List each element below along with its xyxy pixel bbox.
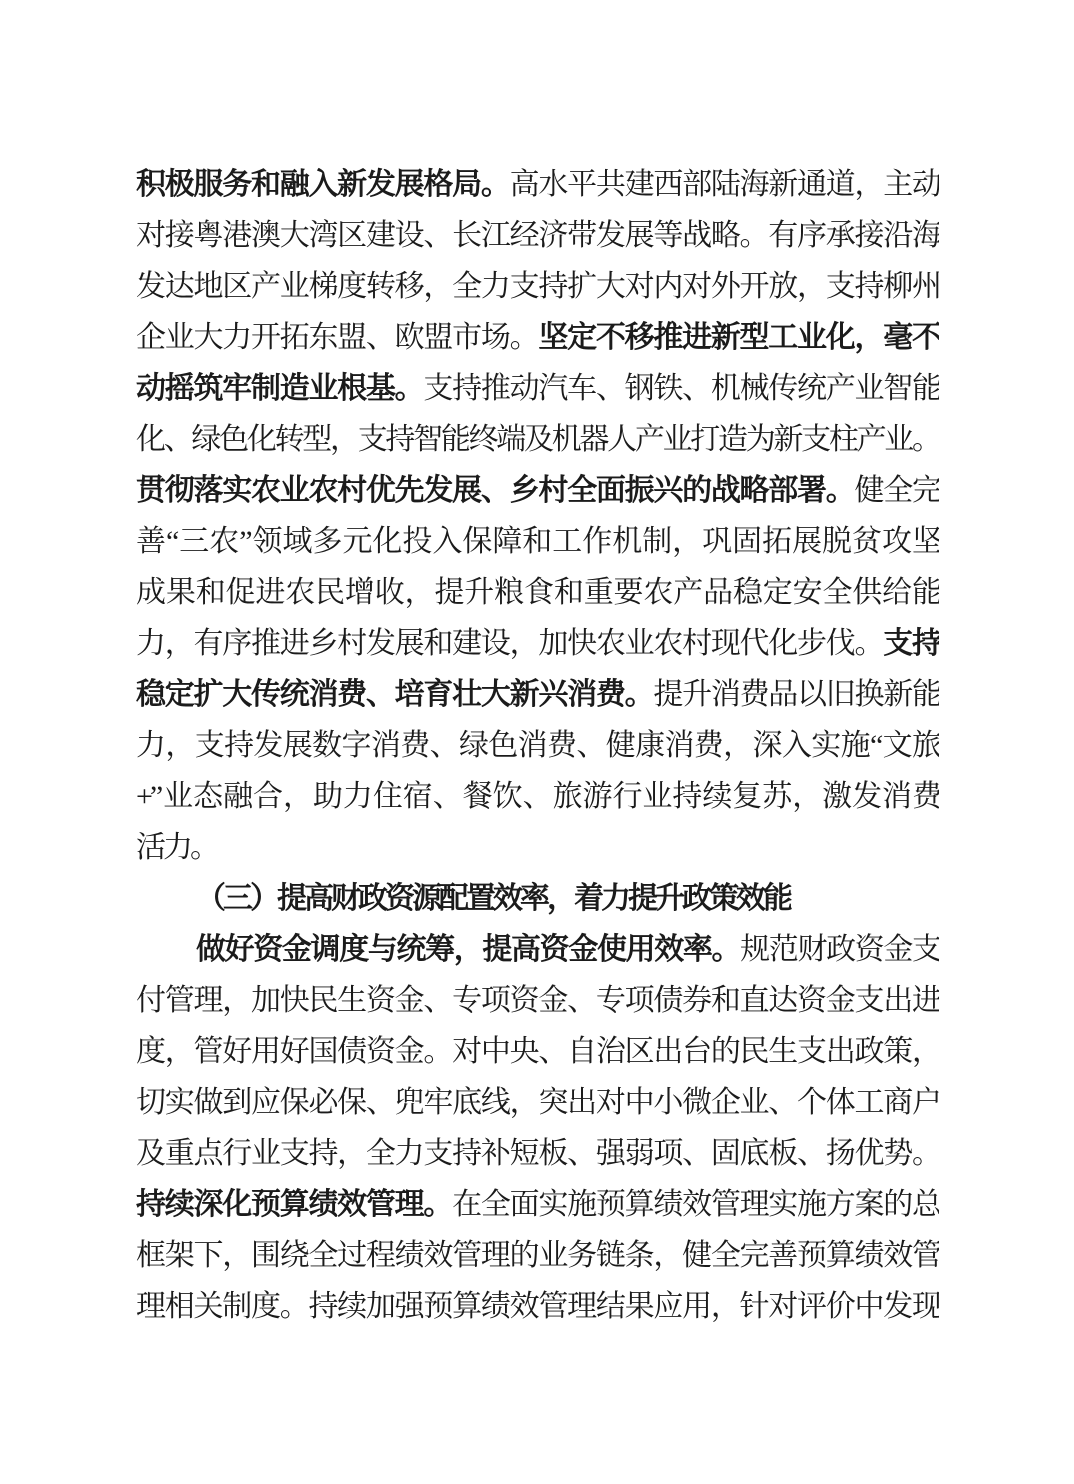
bold-text-run: 坚定不移推进新型工业化，毫不 (538, 321, 939, 354)
text-run: 力，有序推进乡村发展和建设，加快农业农村现代化步伐。 (136, 627, 883, 660)
text-line: 力，有序推进乡村发展和建设，加快农业农村现代化步伐。支持 (136, 618, 939, 669)
text-run: 健全完 (855, 474, 939, 507)
bold-text-run: 贯彻落实农业农村优先发展、乡村全面振兴的战略部署。 (136, 474, 855, 507)
text-run: 理相关制度。持续加强预算绩效管理结果应用，针对评价中发现 (136, 1290, 939, 1323)
text-line: 对接粤港澳大湾区建设、长江经济带发展等战略。有序承接沿海 (136, 210, 939, 261)
text-run: 切实做到应保必保、兜牢底线，突出对中小微企业、个体工商户 (136, 1086, 939, 1119)
text-line: 稳定扩大传统消费、培育壮大新兴消费。提升消费品以旧换新能 (136, 669, 939, 720)
text-run: 力，支持发展数字消费、绿色消费、健康消费，深入实施“文旅 (136, 729, 939, 762)
text-run: 支持推动汽车、钢铁、机械传统产业智能 (423, 372, 939, 405)
text-run: 及重点行业支持，全力支持补短板、强弱项、固底板、扬优势。 (136, 1137, 939, 1170)
bold-text-run: （三）提高财政资源配置效率，着力提升政策效能 (196, 882, 790, 915)
text-line: 付管理，加快民生资金、专项资金、专项债券和直达资金支出进 (136, 975, 939, 1026)
text-run: 度，管好用好国债资金。对中央、自治区出台的民生支出政策， (136, 1035, 939, 1068)
text-run: 活力。 (136, 831, 217, 864)
text-line: 及重点行业支持，全力支持补短板、强弱项、固底板、扬优势。 (136, 1128, 939, 1179)
text-run: 框架下，围绕全过程绩效管理的业务链条，健全完善预算绩效管 (136, 1239, 939, 1272)
text-run: 规范财政资金支 (740, 933, 939, 966)
text-line: 企业大力开拓东盟、欧盟市场。坚定不移推进新型工业化，毫不 (136, 312, 939, 363)
text-line: 化、绿色化转型，支持智能终端及机器人产业打造为新支柱产业。 (136, 414, 939, 465)
document-page: 积极服务和融入新发展格局。高水平共建西部陆海新通道，主动对接粤港澳大湾区建设、长… (0, 0, 1074, 1484)
bold-text-run: 稳定扩大传统消费、培育壮大新兴消费。 (136, 678, 653, 711)
text-line: 活力。 (136, 822, 939, 873)
bold-text-run: 做好资金调度与统筹，提高资金使用效率。 (196, 933, 740, 966)
text-line: 力，支持发展数字消费、绿色消费、健康消费，深入实施“文旅 (136, 720, 939, 771)
bold-text-run: 动摇筑牢制造业根基。 (136, 372, 423, 405)
text-line: 动摇筑牢制造业根基。支持推动汽车、钢铁、机械传统产业智能 (136, 363, 939, 414)
bold-text-run: 积极服务和融入新发展格局。 (136, 168, 510, 201)
text-line: 发达地区产业梯度转移，全力支持扩大对内对外开放，支持柳州 (136, 261, 939, 312)
text-line: 积极服务和融入新发展格局。高水平共建西部陆海新通道，主动 (136, 159, 939, 210)
bold-text-run: 支持 (883, 627, 939, 660)
text-run: 企业大力开拓东盟、欧盟市场。 (136, 321, 538, 354)
text-run: 高水平共建西部陆海新通道，主动 (510, 168, 939, 201)
text-line: 做好资金调度与统筹，提高资金使用效率。规范财政资金支 (136, 924, 939, 975)
text-line: （三）提高财政资源配置效率，着力提升政策效能 (136, 873, 939, 924)
text-line: 善“三农”领域多元化投入保障和工作机制，巩固拓展脱贫攻坚 (136, 516, 939, 567)
text-run: 善“三农”领域多元化投入保障和工作机制，巩固拓展脱贫攻坚 (136, 525, 939, 558)
text-run: 在全面实施预算绩效管理实施方案的总 (452, 1188, 939, 1221)
text-line: 理相关制度。持续加强预算绩效管理结果应用，针对评价中发现 (136, 1281, 939, 1332)
bold-text-run: 持续深化预算绩效管理。 (136, 1188, 452, 1221)
text-line: 框架下，围绕全过程绩效管理的业务链条，健全完善预算绩效管 (136, 1230, 939, 1281)
text-line: 成果和促进农民增收，提升粮食和重要农产品稳定安全供给能 (136, 567, 939, 618)
text-run: 提升消费品以旧换新能 (653, 678, 939, 711)
text-block: 积极服务和融入新发展格局。高水平共建西部陆海新通道，主动对接粤港澳大湾区建设、长… (136, 159, 939, 1332)
text-run: 付管理，加快民生资金、专项资金、专项债券和直达资金支出进 (136, 984, 939, 1017)
text-line: 持续深化预算绩效管理。在全面实施预算绩效管理实施方案的总 (136, 1179, 939, 1230)
text-run: 发达地区产业梯度转移，全力支持扩大对内对外开放，支持柳州 (136, 270, 939, 303)
text-line: 度，管好用好国债资金。对中央、自治区出台的民生支出政策， (136, 1026, 939, 1077)
text-run: 化、绿色化转型，支持智能终端及机器人产业打造为新支柱产业。 (136, 423, 939, 456)
text-run: +”业态融合，助力住宿、餐饮、旅游行业持续复苏，激发消费 (136, 780, 939, 813)
text-line: 切实做到应保必保、兜牢底线，突出对中小微企业、个体工商户 (136, 1077, 939, 1128)
text-line: 贯彻落实农业农村优先发展、乡村全面振兴的战略部署。健全完 (136, 465, 939, 516)
text-run: 对接粤港澳大湾区建设、长江经济带发展等战略。有序承接沿海 (136, 219, 939, 252)
text-run: 成果和促进农民增收，提升粮食和重要农产品稳定安全供给能 (136, 576, 939, 609)
text-line: +”业态融合，助力住宿、餐饮、旅游行业持续复苏，激发消费 (136, 771, 939, 822)
